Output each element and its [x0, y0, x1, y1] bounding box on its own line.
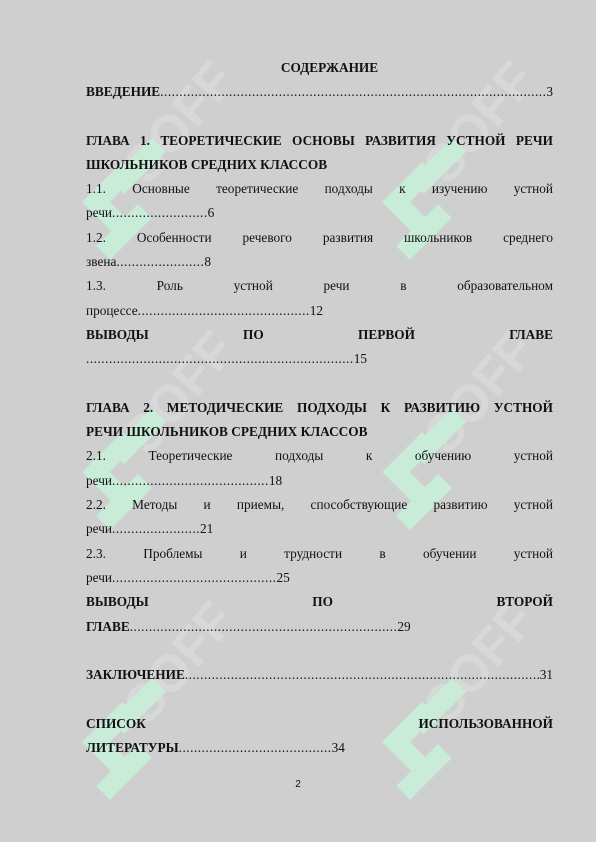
document-page: SOFF SOFF SOFF: [0, 0, 596, 842]
toc-entry-line1: 2.3. Проблемы и трудности в обучении уст…: [86, 542, 553, 566]
toc-entry-page: 31: [540, 663, 553, 687]
toc-entry-1-1[interactable]: 1.1. Основные теоретические подходы к из…: [86, 177, 553, 226]
toc-entry-2-2[interactable]: 2.2. Методы и приемы, способствующие раз…: [86, 493, 553, 542]
toc-entry-line2: речи: [86, 201, 112, 225]
dot-leader: ........................................: [179, 736, 332, 760]
toc-entry-references[interactable]: СПИСОК ИСПОЛЬЗОВАННОЙ ЛИТЕРАТУРЫ........…: [86, 712, 553, 761]
toc-entry-label: ЗАКЛЮЧЕНИЕ: [86, 663, 185, 687]
dot-leader: .........................: [112, 201, 208, 225]
spacer: [86, 687, 553, 711]
toc-entry-line1: 1.2. Особенности речевого развития школь…: [86, 226, 553, 250]
toc-entry-page: 34: [332, 736, 345, 760]
dot-leader: ........................................…: [112, 566, 276, 590]
table-of-contents: СОДЕРЖАНИЕ ВВЕДЕНИЕ 3 ГЛАВА 1. ТЕОРЕТИЧЕ…: [86, 56, 553, 760]
toc-entry-page: 21: [200, 517, 213, 541]
toc-entry-page: 29: [397, 615, 410, 639]
toc-entry-line1: 1.1. Основные теоретические подходы к из…: [86, 177, 553, 201]
page-number: 2: [0, 779, 596, 790]
toc-entry-line1: ВЫВОДЫ ПО ПЕРВОЙ ГЛАВЕ: [86, 323, 553, 347]
toc-entry-line2: звена: [86, 250, 116, 274]
toc-entry-label: ВВЕДЕНИЕ: [86, 80, 160, 104]
toc-entry-final[interactable]: ЗАКЛЮЧЕНИЕ 31: [86, 663, 553, 687]
toc-entry-line2: речи: [86, 469, 112, 493]
dot-leader: .......................: [112, 517, 200, 541]
toc-entry-line1: 2.1. Теоретические подходы к обучению ус…: [86, 444, 553, 468]
spacer: [86, 639, 553, 663]
spacer: [86, 372, 553, 396]
toc-entry-line2: ЛИТЕРАТУРЫ: [86, 736, 179, 760]
toc-entry-line1: 2.2. Методы и приемы, способствующие раз…: [86, 493, 553, 517]
toc-entry-1-3[interactable]: 1.3. Роль устной речи в образовательном …: [86, 274, 553, 323]
toc-entry-chapter2-conclusion[interactable]: ВЫВОДЫ ПО ВТОРОЙ ГЛАВЕ..................…: [86, 590, 553, 639]
toc-entry-line1: ВЫВОДЫ ПО ВТОРОЙ: [86, 590, 553, 614]
dot-leader: ........................................…: [138, 299, 310, 323]
chapter2-heading-line2[interactable]: РЕЧИ ШКОЛЬНИКОВ СРЕДНИХ КЛАССОВ: [86, 420, 553, 444]
toc-entry-line1: 1.3. Роль устной речи в образовательном: [86, 274, 553, 298]
toc-entry-line2: процессе: [86, 299, 138, 323]
dot-leader: ........................................…: [86, 347, 354, 371]
toc-entry-chapter1-conclusion[interactable]: ВЫВОДЫ ПО ПЕРВОЙ ГЛАВЕ .................…: [86, 323, 553, 372]
toc-entry-page: 6: [208, 201, 215, 225]
toc-entry-line1: СПИСОК ИСПОЛЬЗОВАННОЙ: [86, 712, 553, 736]
spacer: [86, 104, 553, 128]
dot-leader: .......................: [116, 250, 204, 274]
dot-leader: [185, 663, 540, 687]
toc-title: СОДЕРЖАНИЕ: [86, 56, 553, 80]
toc-entry-intro[interactable]: ВВЕДЕНИЕ 3: [86, 80, 553, 104]
toc-entry-page: 25: [276, 566, 289, 590]
toc-entry-page: 8: [204, 250, 211, 274]
chapter1-heading-line1[interactable]: ГЛАВА 1. ТЕОРЕТИЧЕСКИЕ ОСНОВЫ РАЗВИТИЯ У…: [86, 129, 553, 153]
toc-entry-page: 3: [546, 80, 553, 104]
toc-entry-page: 15: [354, 347, 367, 371]
dot-leader: ........................................…: [112, 469, 269, 493]
dot-leader: [160, 80, 546, 104]
toc-entry-2-1[interactable]: 2.1. Теоретические подходы к обучению ус…: [86, 444, 553, 493]
toc-entry-page: 18: [269, 469, 282, 493]
chapter2-heading-line1[interactable]: ГЛАВА 2. МЕТОДИЧЕСКИЕ ПОДХОДЫ К РАЗВИТИЮ…: [86, 396, 553, 420]
toc-entry-line2: речи: [86, 517, 112, 541]
toc-entry-line2: речи: [86, 566, 112, 590]
toc-entry-2-3[interactable]: 2.3. Проблемы и трудности в обучении уст…: [86, 542, 553, 591]
toc-entry-1-2[interactable]: 1.2. Особенности речевого развития школь…: [86, 226, 553, 275]
toc-entry-page: 12: [310, 299, 323, 323]
dot-leader: ........................................…: [130, 615, 398, 639]
chapter1-heading-line2[interactable]: ШКОЛЬНИКОВ СРЕДНИХ КЛАССОВ: [86, 153, 553, 177]
toc-entry-line2: ГЛАВЕ: [86, 615, 130, 639]
